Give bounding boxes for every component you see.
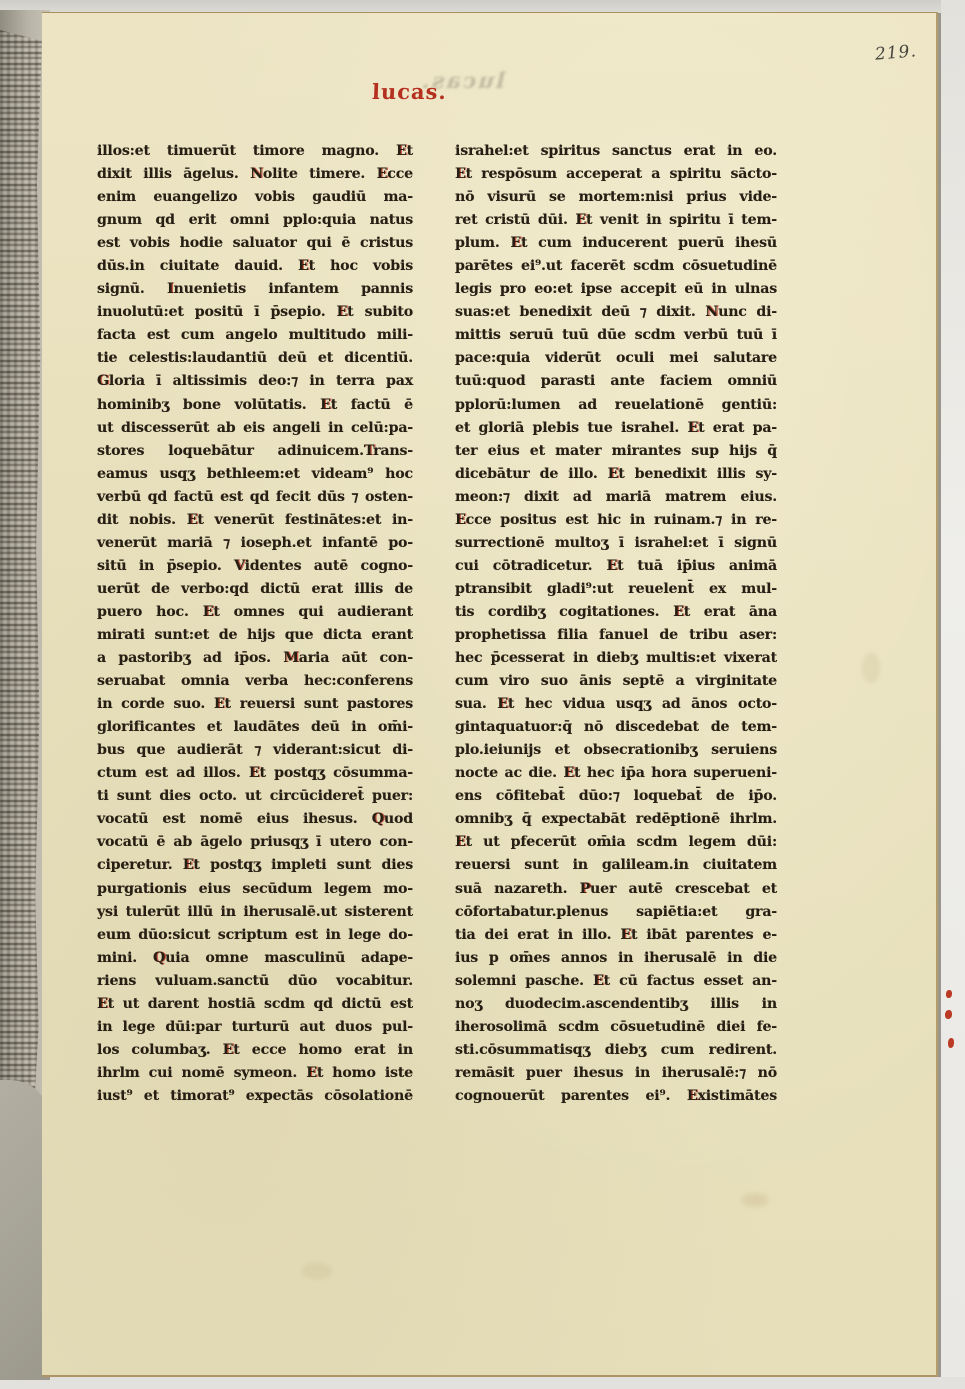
text-line: reuersi sunt in galileam.in ciuitatem bbox=[455, 854, 777, 877]
text-column-left: illos:et timuerūt timore magno. Etdixit … bbox=[97, 140, 413, 1108]
underlying-leaves-texture bbox=[0, 30, 42, 1115]
text-line: solemni pasche. Et cū factus esset an- bbox=[455, 970, 777, 993]
text-line: ptransibit gladi⁹:ut reuelent̄ ex mul- bbox=[455, 578, 777, 601]
text-line: suas:et benedixit deū ⁊ dixit. Nunc di- bbox=[455, 301, 777, 324]
text-line: hec p̄cesserat in diebʒ multis:et vixera… bbox=[455, 647, 777, 670]
text-line: ysi tulerūt illū in iherusalē.ut sistere… bbox=[97, 901, 413, 924]
text-line: los columbaʒ. Et ecce homo erat in bbox=[97, 1039, 413, 1062]
text-line: gnum qd erit omni pplo:quia natus bbox=[97, 209, 413, 232]
foxing-spot bbox=[862, 653, 880, 683]
text-line: iust⁹ et timorat⁹ expectās cōsolationē bbox=[97, 1085, 413, 1108]
text-line: plum. Et cum inducerent puerū ihesū bbox=[455, 232, 777, 255]
text-line: in lege dūi:par turturū aut duos pul- bbox=[97, 1016, 413, 1039]
text-line: ius p om̄es annos in iherusalē in die bbox=[455, 947, 777, 970]
text-line: Et ut pfecerūt om̄ia scdm legem dūi: bbox=[455, 831, 777, 854]
text-line: bus que audierāt ⁊ viderant:sicut di- bbox=[97, 739, 413, 762]
text-line: dūs.in ciuitate dauid. Et hoc vobis bbox=[97, 255, 413, 278]
text-line: vocatū ē ab āgelo priusqʒ ī utero con- bbox=[97, 831, 413, 854]
running-title: lucas. bbox=[372, 79, 493, 104]
foxing-spot bbox=[742, 1193, 768, 1207]
text-line: mirati sunt:et de hijs que dicta erant bbox=[97, 624, 413, 647]
text-line: stores loquebātur adinuicem.Trans- bbox=[97, 440, 413, 463]
red-fore-edge-mark bbox=[946, 990, 952, 998]
text-line: hominibʒ bone volūtatis. Et factū ē bbox=[97, 394, 413, 417]
foxing-spot bbox=[302, 1263, 332, 1279]
text-line: tia dei erat in illo. Et ibāt parentes e… bbox=[455, 924, 777, 947]
text-line: vocatū est nomē eius ihesus. Quod bbox=[97, 808, 413, 831]
text-line: eamus usqʒ bethleem:et videam⁹ hoc bbox=[97, 463, 413, 486]
text-line: Et ut darent hostiā scdm qd dictū est bbox=[97, 993, 413, 1016]
text-line: facta est cum angelo multitudo mili- bbox=[97, 324, 413, 347]
text-line: cōfortabatur.plenus sapiētia:et gra- bbox=[455, 901, 777, 924]
text-line: dit nobis. Et venerūt festinātes:et in- bbox=[97, 509, 413, 532]
text-line: sitū in p̄sepio. Videntes autē cogno- bbox=[97, 555, 413, 578]
text-line: mini. Quia omne masculinū adape- bbox=[97, 947, 413, 970]
text-line: pplorū:lumen ad reuelationē gentiū: bbox=[455, 394, 777, 417]
text-line: sti.cōsummatisqʒ diebʒ cum redirent. bbox=[455, 1039, 777, 1062]
text-line: et gloriā plebis tue israhel. Et erat pa… bbox=[455, 417, 777, 440]
text-line: prophetissa filia fanuel de tribu aser: bbox=[455, 624, 777, 647]
text-line: parētes ei⁹.ut facerēt scdm cōsuetudinē bbox=[455, 255, 777, 278]
text-line: est vobis hodie saluator qui ē cristus bbox=[97, 232, 413, 255]
text-line: remāsit puer ihesus in iherusalē:⁊ nō bbox=[455, 1062, 777, 1085]
text-line: enim euangelizo vobis gaudiū ma- bbox=[97, 186, 413, 209]
folio-number: 219. bbox=[874, 41, 917, 65]
text-line: israhel:et spiritus sanctus erat in eo. bbox=[455, 140, 777, 163]
text-line: iherosolimā scdm cōsuetudinē diei fe- bbox=[455, 1016, 777, 1039]
text-line: cum viro suo ānis septē a virginitate bbox=[455, 670, 777, 693]
text-line: tie celestis:laudantiū deū et dicentiū. bbox=[97, 347, 413, 370]
text-line: tis cordibʒ cogitationes. Et erat āna bbox=[455, 601, 777, 624]
manuscript-page: lucas. lucas. 219. illos:et timuerūt tim… bbox=[42, 12, 938, 1377]
text-line: mittis seruū tuū dūe scdm verbū tuū ī bbox=[455, 324, 777, 347]
text-line: nō visurū se mortem:nisi prius vide- bbox=[455, 186, 777, 209]
text-line: puero hoc. Et omnes qui audierant bbox=[97, 601, 413, 624]
text-line: omnibʒ q̄ expectabāt redēptionē ihrlm. bbox=[455, 808, 777, 831]
text-line: ens cōfitebat̄ dūo:⁊ loquebat̄ de ip̄o. bbox=[455, 785, 777, 808]
text-line: meon:⁊ dixit ad mariā matrem eius. bbox=[455, 486, 777, 509]
text-line: uerūt de verbo:qd dictū erat illis de bbox=[97, 578, 413, 601]
text-line: eum dūo:sicut scriptum est in lege do- bbox=[97, 924, 413, 947]
text-line: Et respōsum acceperat a spiritu sācto- bbox=[455, 163, 777, 186]
text-line: Ecce positus est hic in ruinam.⁊ in re- bbox=[455, 509, 777, 532]
text-column-right: israhel:et spiritus sanctus erat in eo.E… bbox=[455, 140, 777, 1108]
text-line: purgationis eius secūdum legem mo- bbox=[97, 878, 413, 901]
text-line: legis pro eo:et ipse accepit eū in ulnas bbox=[455, 278, 777, 301]
text-line: ciperetur. Et postqʒ impleti sunt dies bbox=[97, 854, 413, 877]
text-line: plo.ieiunijs et obsecrationibʒ seruiens bbox=[455, 739, 777, 762]
text-line: signū. Inuenietis infantem pannis bbox=[97, 278, 413, 301]
text-line: inuolutū:et positū ī p̄sepio. Et subito bbox=[97, 301, 413, 324]
text-line: nocte ac die. Et hec ip̄a hora superueni… bbox=[455, 762, 777, 785]
text-line: tuū:quod parasti ante faciem omniū bbox=[455, 370, 777, 393]
red-fore-edge-mark bbox=[945, 1010, 952, 1019]
text-line: illos:et timuerūt timore magno. Et bbox=[97, 140, 413, 163]
text-line: dixit illis āgelus. Nolite timere. Ecce bbox=[97, 163, 413, 186]
text-line: cognouerūt parentes ei⁹. Existimātes bbox=[455, 1085, 777, 1108]
text-line: seruabat omnia verba hec:conferens bbox=[97, 670, 413, 693]
text-line: verbū qd factū est qd fecit dūs ⁊ osten- bbox=[97, 486, 413, 509]
photo-right-edge bbox=[941, 0, 965, 1389]
text-line: gintaquatuor:q̄ nō discedebat de tem- bbox=[455, 716, 777, 739]
text-line: venerūt mariā ⁊ ioseph.et infantē po- bbox=[97, 532, 413, 555]
text-line: glorificantes et laudātes deū in om̄i- bbox=[97, 716, 413, 739]
red-fore-edge-mark bbox=[948, 1038, 954, 1048]
text-line: surrectionē multoʒ ī israhel:et ī signū bbox=[455, 532, 777, 555]
text-line: riens vuluam.sanctū dūo vocabitur. bbox=[97, 970, 413, 993]
text-line: ret cristū dūi. Et venit in spiritu ī te… bbox=[455, 209, 777, 232]
photo-bottom-edge bbox=[0, 1377, 965, 1389]
text-line: noʒ duodecim.ascendentibʒ illis in bbox=[455, 993, 777, 1016]
text-line: ihrlm cui nomē symeon. Et homo iste bbox=[97, 1062, 413, 1085]
text-line: ti sunt dies octo. ut circūcideret̄ puer… bbox=[97, 785, 413, 808]
text-line: cui cōtradicetur. Et tuā ip̄ius animā bbox=[455, 555, 777, 578]
text-line: in corde suo. Et reuersi sunt pastores bbox=[97, 693, 413, 716]
text-line: Gloria ī altissimis deo:⁊ in terra pax bbox=[97, 370, 413, 393]
text-line: sua. Et hec vidua usqʒ ad ānos octo- bbox=[455, 693, 777, 716]
text-line: ut discesserūt ab eis angeli in celū:pa- bbox=[97, 417, 413, 440]
text-line: suā nazareth. Puer autē crescebat et bbox=[455, 878, 777, 901]
text-line: ter eius et mater mirantes sup hijs q̄ bbox=[455, 440, 777, 463]
text-line: dicebātur de illo. Et benedixit illis sy… bbox=[455, 463, 777, 486]
text-line: pace:quia viderūt oculi mei salutare bbox=[455, 347, 777, 370]
text-line: ctum est ad illos. Et postqʒ cōsumma- bbox=[97, 762, 413, 785]
text-line: a pastoribʒ ad ip̄os. Maria aūt con- bbox=[97, 647, 413, 670]
